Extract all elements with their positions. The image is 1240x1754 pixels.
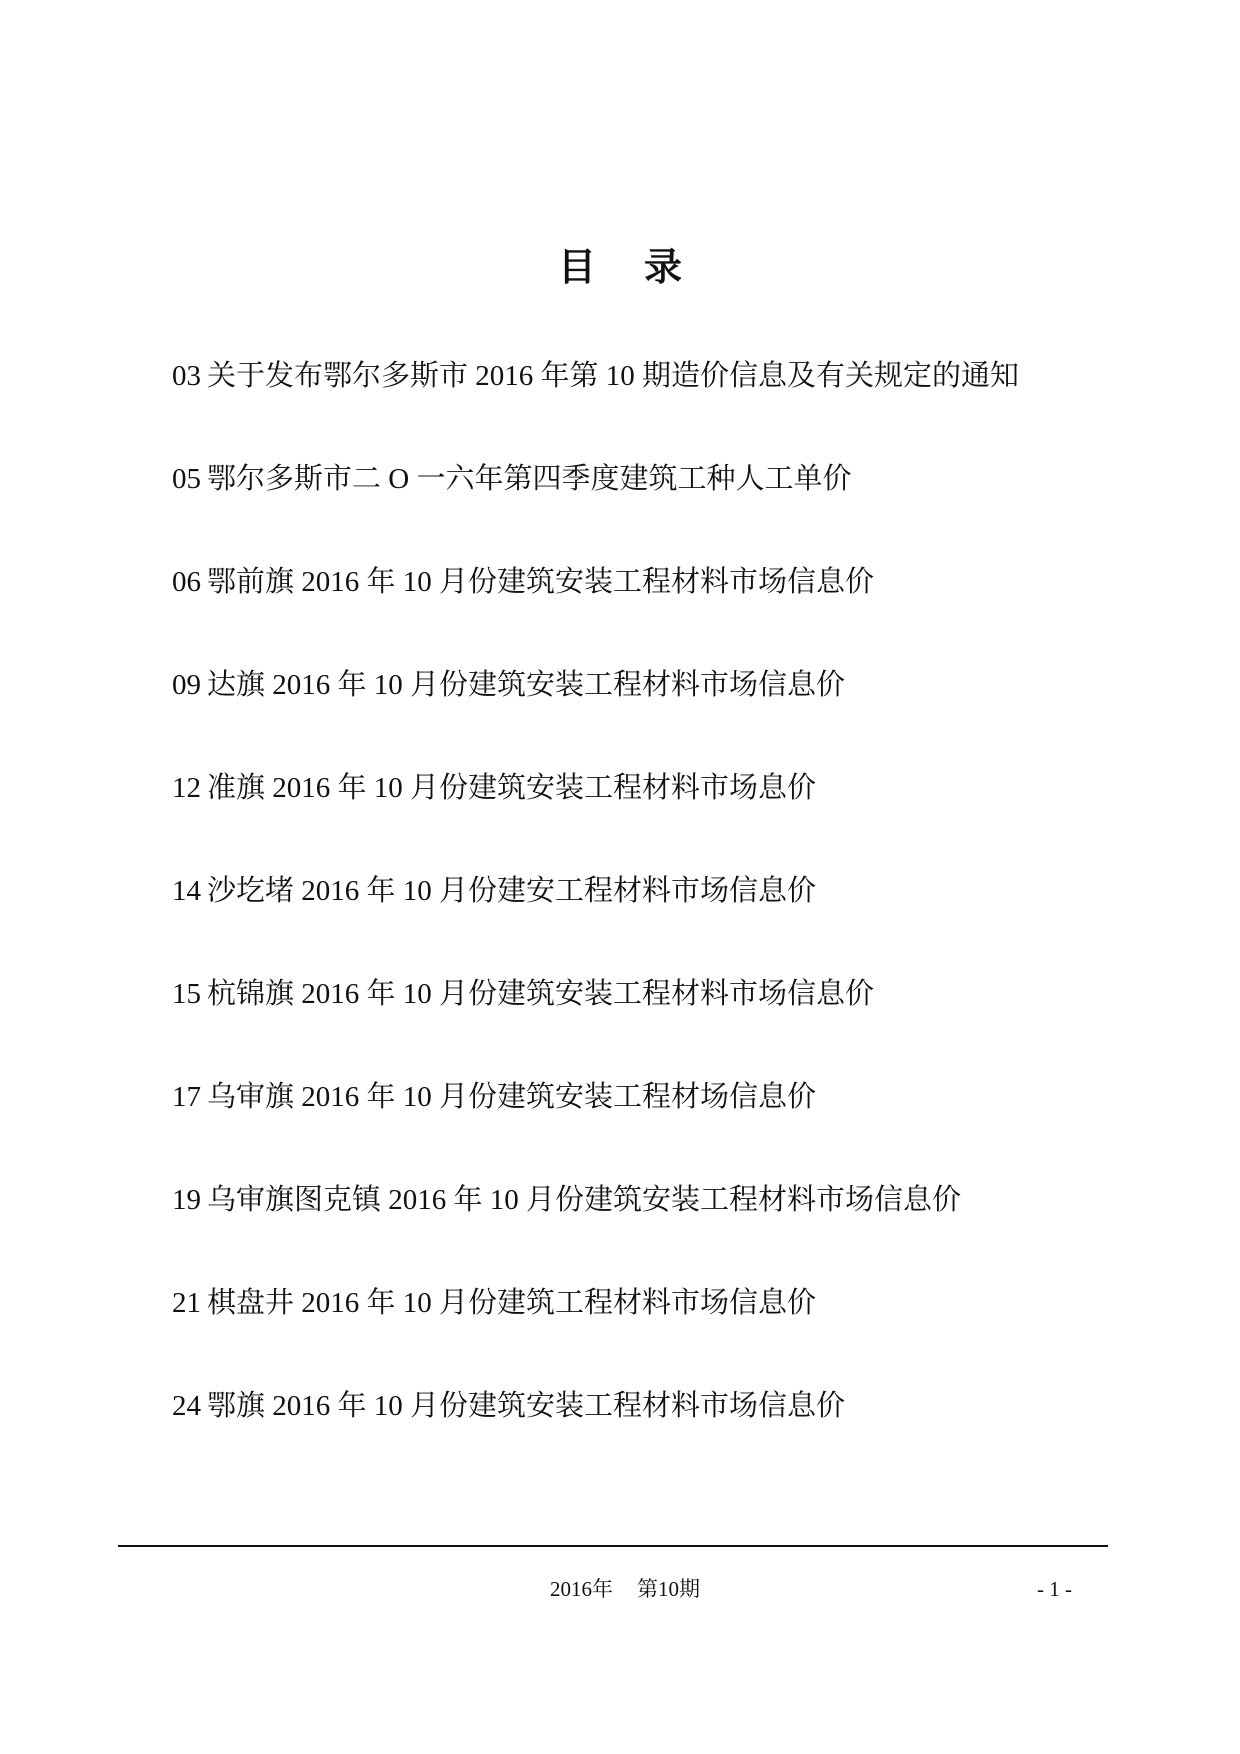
- toc-entry[interactable]: 19乌审旗图克镇 2016 年 10 月份建筑安装工程材料市场信息价: [172, 1180, 1019, 1283]
- toc-entry[interactable]: 12准旗 2016 年 10 月份建筑安装工程材料市场息价: [172, 768, 1019, 871]
- toc-page-number: 21: [172, 1287, 201, 1319]
- page-title-char: 录: [644, 243, 682, 293]
- toc-entry[interactable]: 03关于发布鄂尔多斯市 2016 年第 10 期造价信息及有关规定的通知: [172, 356, 1019, 459]
- toc-page-number: 17: [172, 1081, 201, 1113]
- page-title-char: 目: [558, 243, 596, 293]
- toc-page-number: 14: [172, 875, 201, 907]
- toc-title: 沙圪堵 2016 年 10 月份建安工程材料市场信息价: [207, 875, 816, 907]
- toc-page-number: 05: [172, 463, 201, 495]
- toc-page-number: 03: [172, 360, 201, 392]
- toc-title: 棋盘井 2016 年 10 月份建筑工程材料市场信息价: [207, 1287, 816, 1319]
- toc-title: 鄂旗 2016 年 10 月份建筑安装工程材料市场信息价: [207, 1390, 845, 1422]
- toc-title: 关于发布鄂尔多斯市 2016 年第 10 期造价信息及有关规定的通知: [207, 360, 1019, 392]
- toc-page-number: 12: [172, 772, 201, 804]
- toc-title: 鄂尔多斯市二 O 一六年第四季度建筑工种人工单价: [207, 463, 851, 495]
- page-title: 目录: [0, 243, 1240, 293]
- footer-year: 2016年: [550, 1577, 613, 1601]
- toc-page-number: 15: [172, 978, 201, 1010]
- toc-entry[interactable]: 06鄂前旗 2016 年 10 月份建筑安装工程材料市场信息价: [172, 562, 1019, 665]
- toc-title: 鄂前旗 2016 年 10 月份建筑安装工程材料市场信息价: [207, 566, 874, 598]
- toc-entry[interactable]: 09达旗 2016 年 10 月份建筑安装工程材料市场信息价: [172, 665, 1019, 768]
- toc-title: 乌审旗 2016 年 10 月份建筑安装工程材场信息价: [207, 1081, 816, 1113]
- toc-title: 达旗 2016 年 10 月份建筑安装工程材料市场信息价: [207, 669, 845, 701]
- toc-title: 准旗 2016 年 10 月份建筑安装工程材料市场息价: [207, 772, 816, 804]
- footer-issue-number: 第10期: [637, 1577, 700, 1601]
- toc-title: 乌审旗图克镇 2016 年 10 月份建筑安装工程材料市场信息价: [207, 1184, 961, 1216]
- toc-entry[interactable]: 21棋盘井 2016 年 10 月份建筑工程材料市场信息价: [172, 1283, 1019, 1386]
- toc-entry[interactable]: 14沙圪堵 2016 年 10 月份建安工程材料市场信息价: [172, 871, 1019, 974]
- footer-divider: [118, 1545, 1108, 1547]
- toc-page-number: 09: [172, 669, 201, 701]
- toc-entry[interactable]: 17乌审旗 2016 年 10 月份建筑安装工程材场信息价: [172, 1077, 1019, 1180]
- toc-page-number: 06: [172, 566, 201, 598]
- toc-entry[interactable]: 24鄂旗 2016 年 10 月份建筑安装工程材料市场信息价: [172, 1386, 1019, 1489]
- toc-page-number: 19: [172, 1184, 201, 1216]
- toc-entry[interactable]: 15杭锦旗 2016 年 10 月份建筑安装工程材料市场信息价: [172, 974, 1019, 1077]
- toc-page-number: 24: [172, 1390, 201, 1422]
- toc-title: 杭锦旗 2016 年 10 月份建筑安装工程材料市场信息价: [207, 978, 874, 1010]
- toc-entry[interactable]: 05鄂尔多斯市二 O 一六年第四季度建筑工种人工单价: [172, 459, 1019, 562]
- table-of-contents: 03关于发布鄂尔多斯市 2016 年第 10 期造价信息及有关规定的通知 05鄂…: [172, 356, 1019, 1489]
- page-number: - 1 -: [1037, 1574, 1072, 1604]
